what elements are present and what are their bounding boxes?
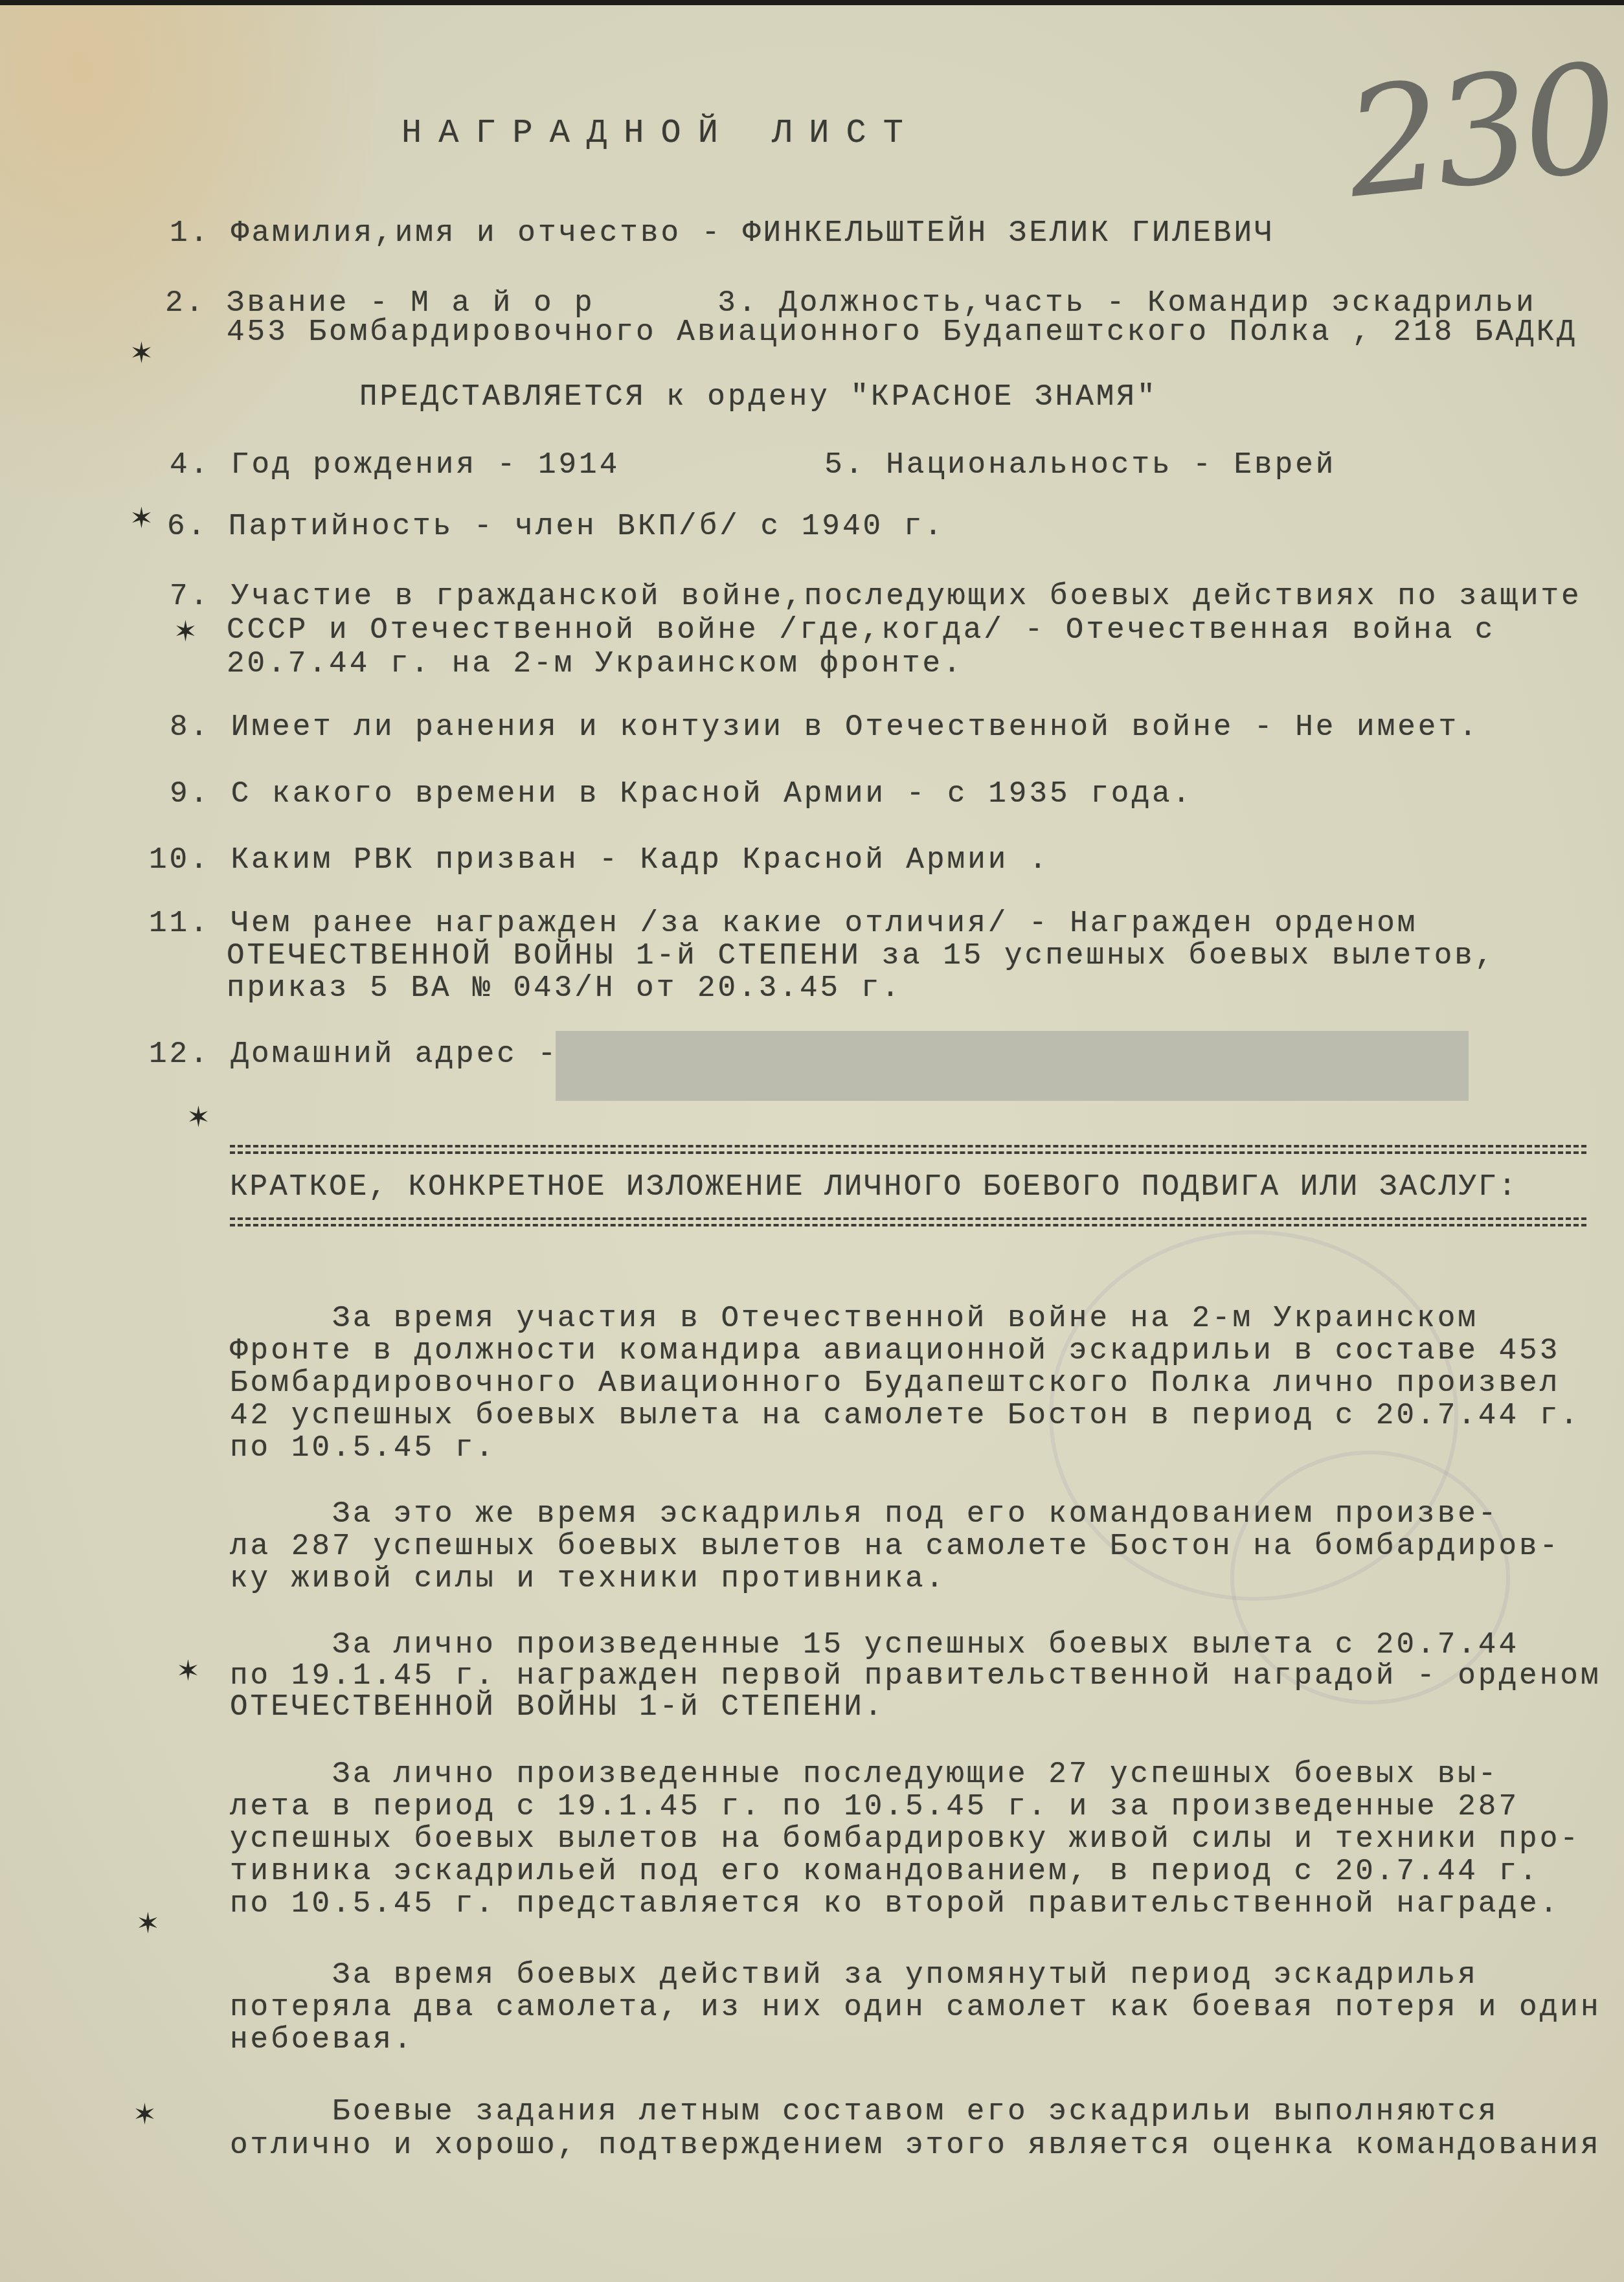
double-rule-bottom [230, 1217, 1586, 1226]
paragraph-line: Бомбардировочного Авиационного Будапештс… [230, 1365, 1560, 1401]
paragraph-line: Фронте в должности командира авиационной… [230, 1333, 1560, 1369]
binding-hole-mark: ✶ [133, 2098, 157, 2131]
paragraph-line: За время боевых действий за упомянутый п… [230, 1957, 1478, 1993]
handwritten-page-number: 230 [1338, 32, 1620, 231]
paragraph-line: по 10.5.45 г. представляется ко второй п… [230, 1886, 1560, 1922]
binding-hole-mark: ✶ [186, 1101, 210, 1134]
paragraph-line: потеряла два самолета, из них один самол… [230, 1989, 1601, 2026]
paragraph-line: ла 287 успешных боевых вылетов на самоле… [230, 1528, 1560, 1565]
paragraph-line: успешных боевых вылетов на бомбардировку… [230, 1821, 1581, 1857]
paragraph-line: За это же время эскадрилья под его коман… [230, 1496, 1498, 1532]
field-participation-3: 20.7.44 г. на 2-м Украинском фронте. [227, 646, 964, 682]
field-prior-awards-3: приказ 5 ВА № 043/Н от 20.3.45 г. [227, 970, 902, 1006]
paragraph-line: 42 успешных боевых вылета на самолете Бо… [230, 1397, 1581, 1434]
paragraph-line: ОТЕЧЕСТВЕННОЙ ВОЙНЫ 1-й СТЕПЕНИ. [230, 1689, 885, 1725]
field-birth-nationality: 4. Год рождения - 1914 5. Национальность… [170, 447, 1336, 483]
field-home-address: 12. Домашний адрес - [149, 1036, 558, 1072]
paragraph-line: ку живой силы и техники противника. [230, 1561, 946, 1597]
paragraph-line: За лично произведенные последующие 27 ус… [230, 1756, 1498, 1792]
presented-to-order: ПРЕДСТАВЛЯЕТСЯ к ордену "КРАСНОЕ ЗНАМЯ" [359, 379, 1158, 415]
award-sheet-page: 230 НАГРАДНОЙ ЛИСТ 1. Фамилия,имя и отче… [0, 0, 1624, 2282]
binding-hole-mark: ✶ [130, 337, 153, 370]
document-title: НАГРАДНОЙ ЛИСТ [401, 115, 920, 152]
field-participation-2: СССР и Отечественной войне /где,когда/ -… [227, 612, 1495, 648]
paragraph-line: тивника эскадрильей под его командование… [230, 1853, 1540, 1890]
field-wounds: 8. Имеет ли ранения и контузии в Отечест… [170, 709, 1480, 745]
field-prior-awards-1: 11. Чем ранее награжден /за какие отличи… [149, 905, 1417, 942]
binding-hole-mark: ✶ [130, 502, 153, 535]
binding-hole-mark: ✶ [176, 1655, 200, 1688]
binding-hole-mark: ✶ [136, 1907, 160, 1940]
paragraph-line: лета в период с 19.1.45 г. по 10.5.45 г.… [230, 1789, 1519, 1825]
paragraph-line: по 10.5.45 г. [230, 1430, 496, 1466]
paragraph-line: небоевая. [230, 2022, 414, 2058]
paragraph-line: За время участия в Отечественной войне н… [230, 1300, 1478, 1337]
field-full-name: 1. Фамилия,имя и отчество - ФИНКЕЛЬШТЕЙН… [170, 215, 1275, 251]
double-rule-top [230, 1145, 1586, 1154]
redacted-address-block [556, 1031, 1469, 1101]
field-party: 6. Партийность - член ВКП/б/ с 1940 г. [167, 508, 945, 545]
paragraph-line: Боевые задания летным составом его эскад… [230, 2094, 1498, 2130]
paragraph-line: отлично и хорошо, подтверждением этого я… [230, 2127, 1601, 2163]
scan-edge [0, 0, 1624, 5]
field-unit: 453 Бомбардировочного Авиационного Будап… [227, 314, 1577, 350]
field-participation-1: 7. Участие в гражданской войне,последующ… [170, 578, 1582, 615]
section-header: КРАТКОЕ, КОНКРЕТНОЕ ИЗЛОЖЕНИЕ ЛИЧНОГО БО… [230, 1169, 1518, 1205]
field-prior-awards-2: ОТЕЧЕСТВЕННОЙ ВОЙНЫ 1-й СТЕПЕНИ за 15 ус… [227, 938, 1495, 974]
field-conscription: 10. Каким РВК призван - Кадр Красной Арм… [149, 842, 1050, 878]
field-army-since: 9. С какого времени в Красной Армии - с … [170, 776, 1193, 812]
binding-hole-mark: ✶ [174, 615, 197, 648]
